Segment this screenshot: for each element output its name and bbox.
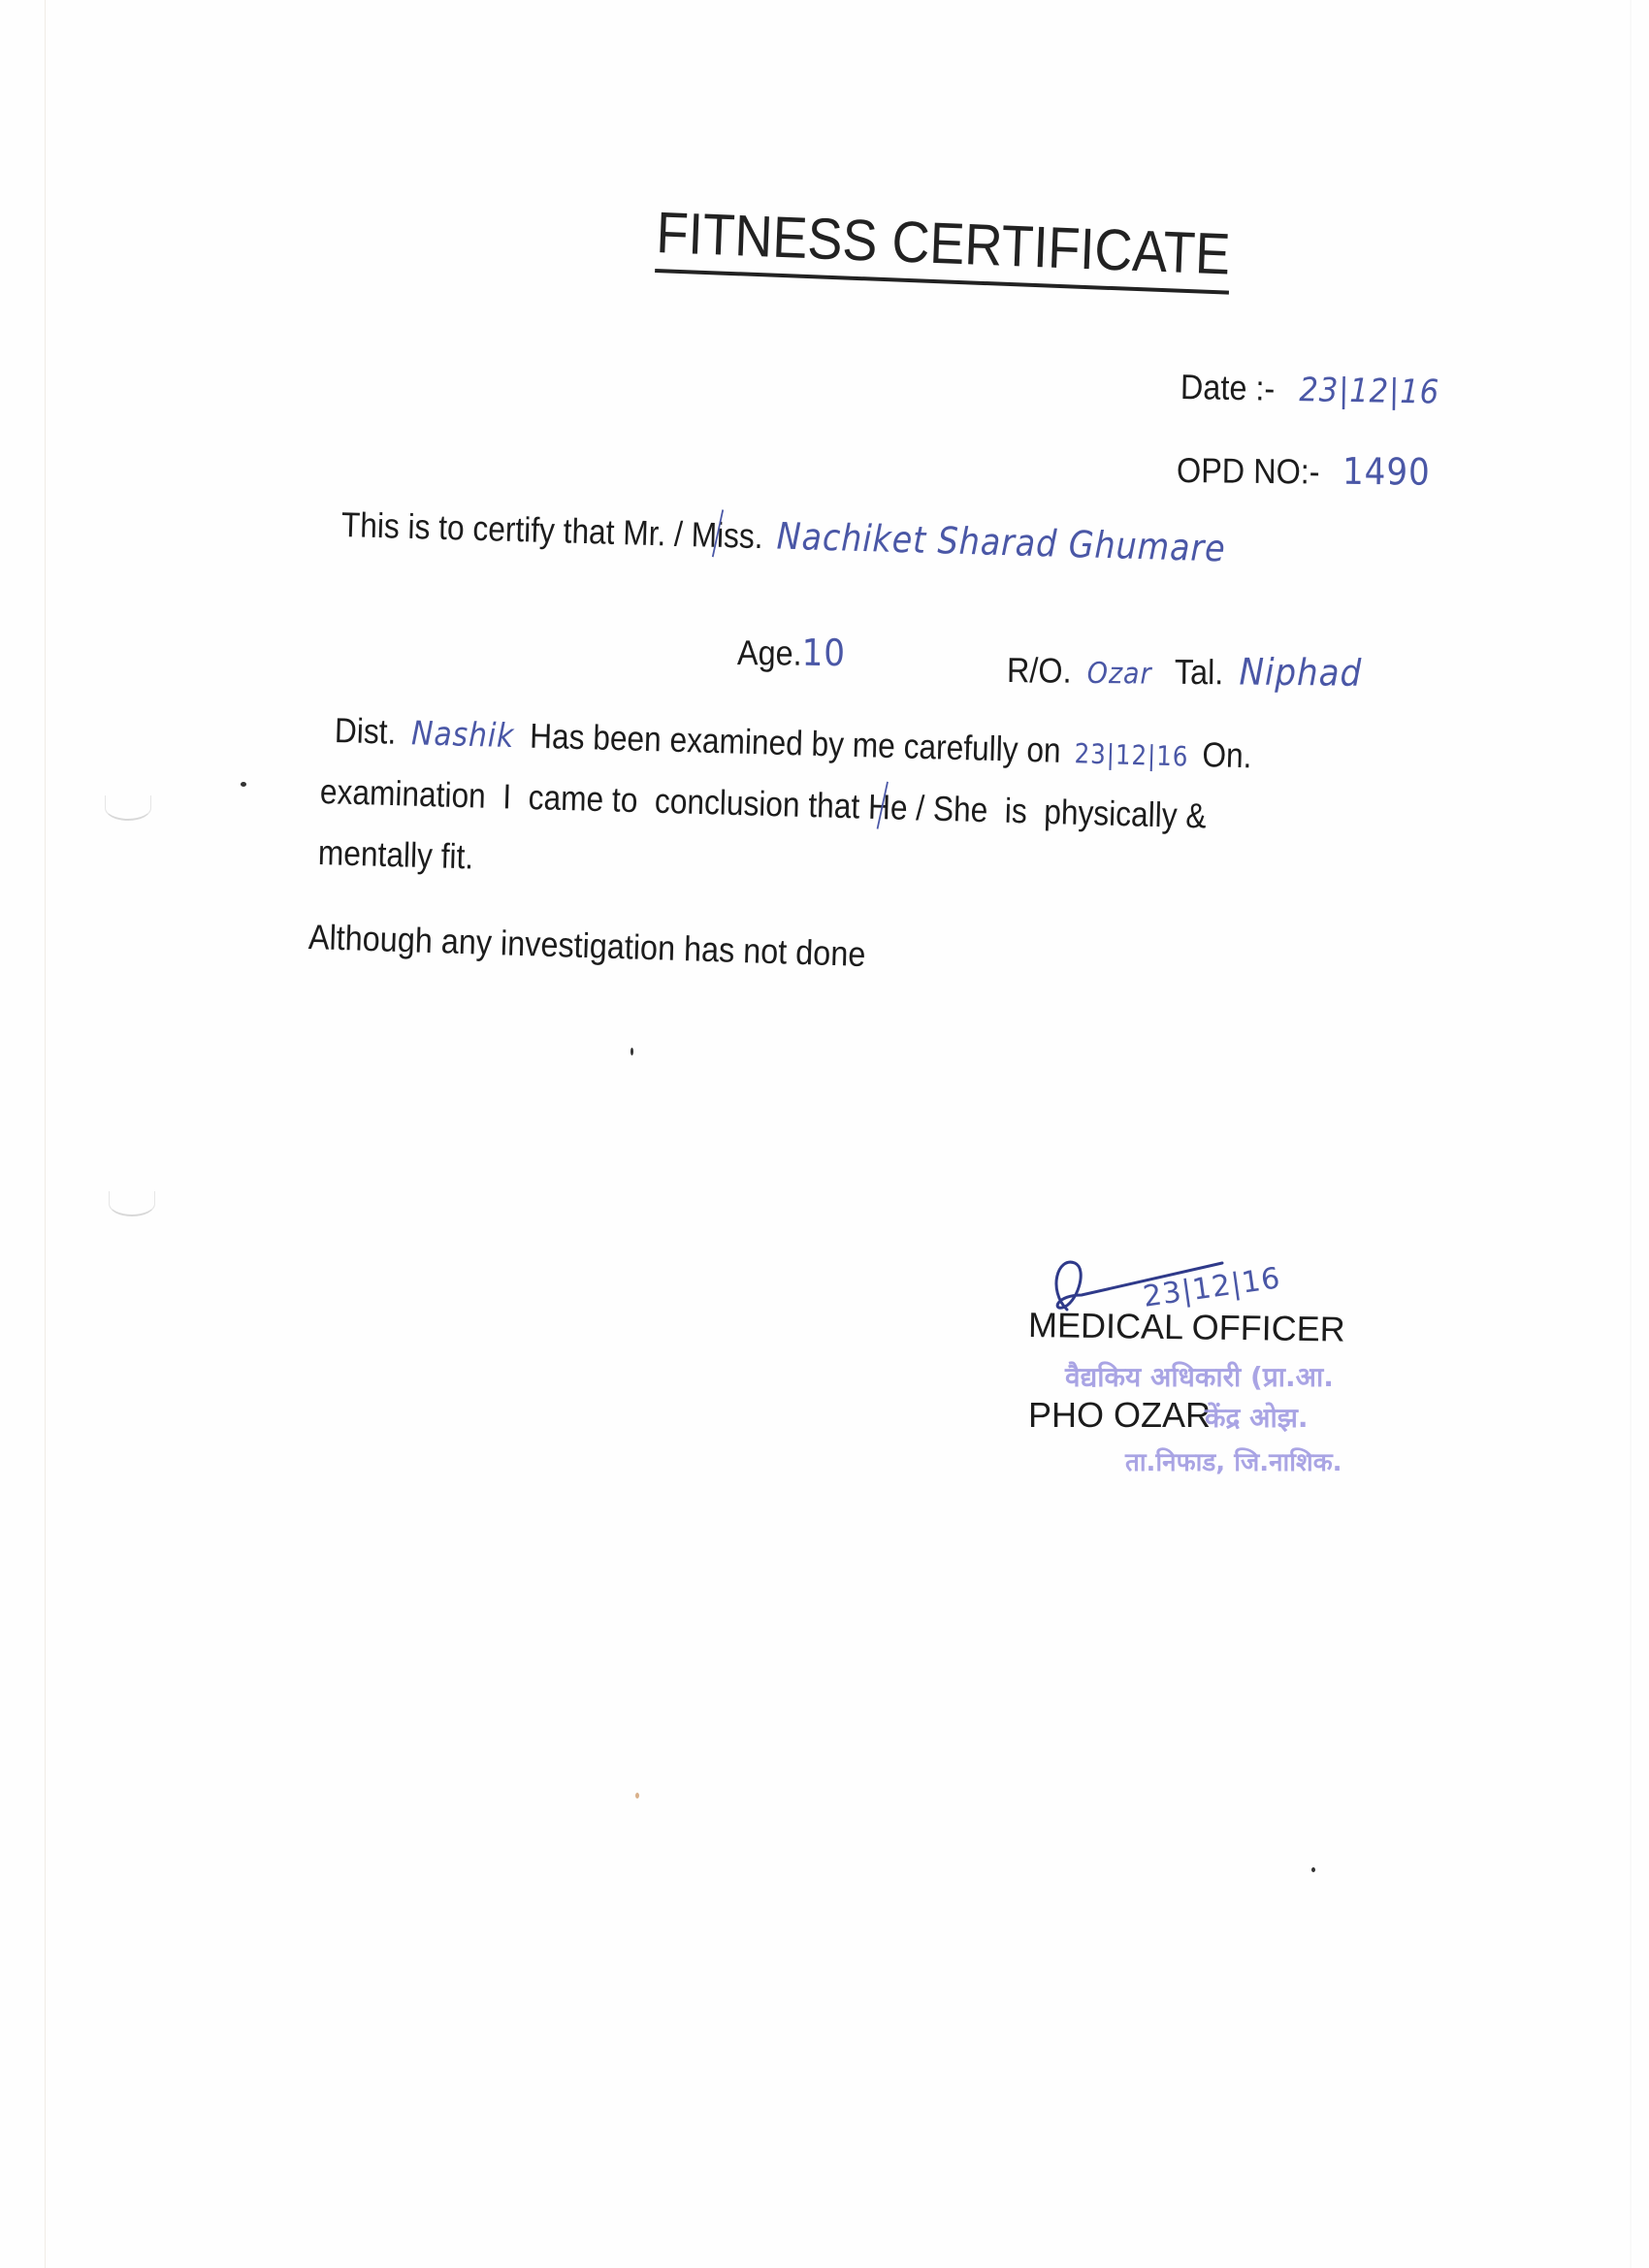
opd-label: OPD NO:- [1177,450,1320,492]
signature-block: 23|12|16 MEDICAL OFFICER वैद्यकिय अधिकार… [1028,1251,1474,1504]
tal-value: Niphad [1239,651,1362,695]
examined-text: Has been examined by me carefully on [530,716,1062,770]
ink-speck [635,1793,639,1798]
conclusion-line: examination I came to conclusion that He… [319,771,1207,837]
dist-line: Dist. Nashik Has been examined by me car… [334,710,1252,776]
date-label: Date :- [1180,367,1276,408]
he-label-struck: He [867,787,908,828]
age-label: Age. [737,632,802,673]
stamp-line-2: केंद्र ओझ. [1205,1399,1309,1436]
scan-edge-line [45,0,46,2268]
exam-date-value: 23|12|16 [1074,737,1189,772]
title-text: FITNESS CERTIFICATE [655,200,1232,295]
age-value: 10 [801,632,846,674]
she-text: / She is physically & [907,788,1207,836]
scan-edge-right [1629,0,1632,2268]
mentally-fit-text: mentally fit. [317,832,473,876]
tal-label: Tal. [1175,652,1224,693]
residence-field: R/O. Ozar Tal. Niphad [1007,648,1363,695]
stamp-line-3: ता.निफाड, जि.नाशिक. [1125,1443,1342,1478]
certify-prefix: This is to certify that Mr. / [340,504,692,554]
dist-value: Nashik [411,714,515,756]
certificate-page: FITNESS CERTIFICATE Date :- 23|12|16 OPD… [0,0,1649,2268]
conclusion-text: examination I came to conclusion that [319,771,868,826]
punch-hole-top [105,795,151,821]
mentally-fit-line: mentally fit. [317,832,473,877]
date-value: 23|12|16 [1299,371,1439,412]
certify-line: This is to certify that Mr. / Miss. Nach… [340,502,1226,569]
certificate-title: FITNESS CERTIFICATE [655,199,1231,288]
opd-field: OPD NO:- 1490 [1177,448,1431,494]
ink-speck [1311,1867,1315,1872]
age-field: Age.10 [737,631,846,674]
opd-value: 1490 [1342,450,1431,494]
patient-name: Nachiket Sharad Ghumare [776,515,1226,570]
ink-speck [241,782,246,787]
medical-officer-label: MEDICAL OFFICER [1028,1305,1345,1350]
investigation-note: Although any investigation has not done [307,917,866,975]
stamp-line-1: वैद्यकिय अधिकारी (प्रा.आ. [1065,1358,1334,1395]
on-text: On. [1202,734,1252,775]
ink-speck [630,1048,633,1055]
miss-label-struck: Miss. [691,514,763,557]
punch-hole-bottom [109,1191,155,1216]
office-label: PHO OZAR [1028,1395,1211,1436]
ro-label: R/O. [1007,650,1072,691]
ro-value: Ozar [1087,657,1152,692]
date-field: Date :- 23|12|16 [1180,367,1440,412]
dist-label: Dist. [334,710,396,752]
investigation-note-text: Although any investigation has not done [307,917,866,974]
